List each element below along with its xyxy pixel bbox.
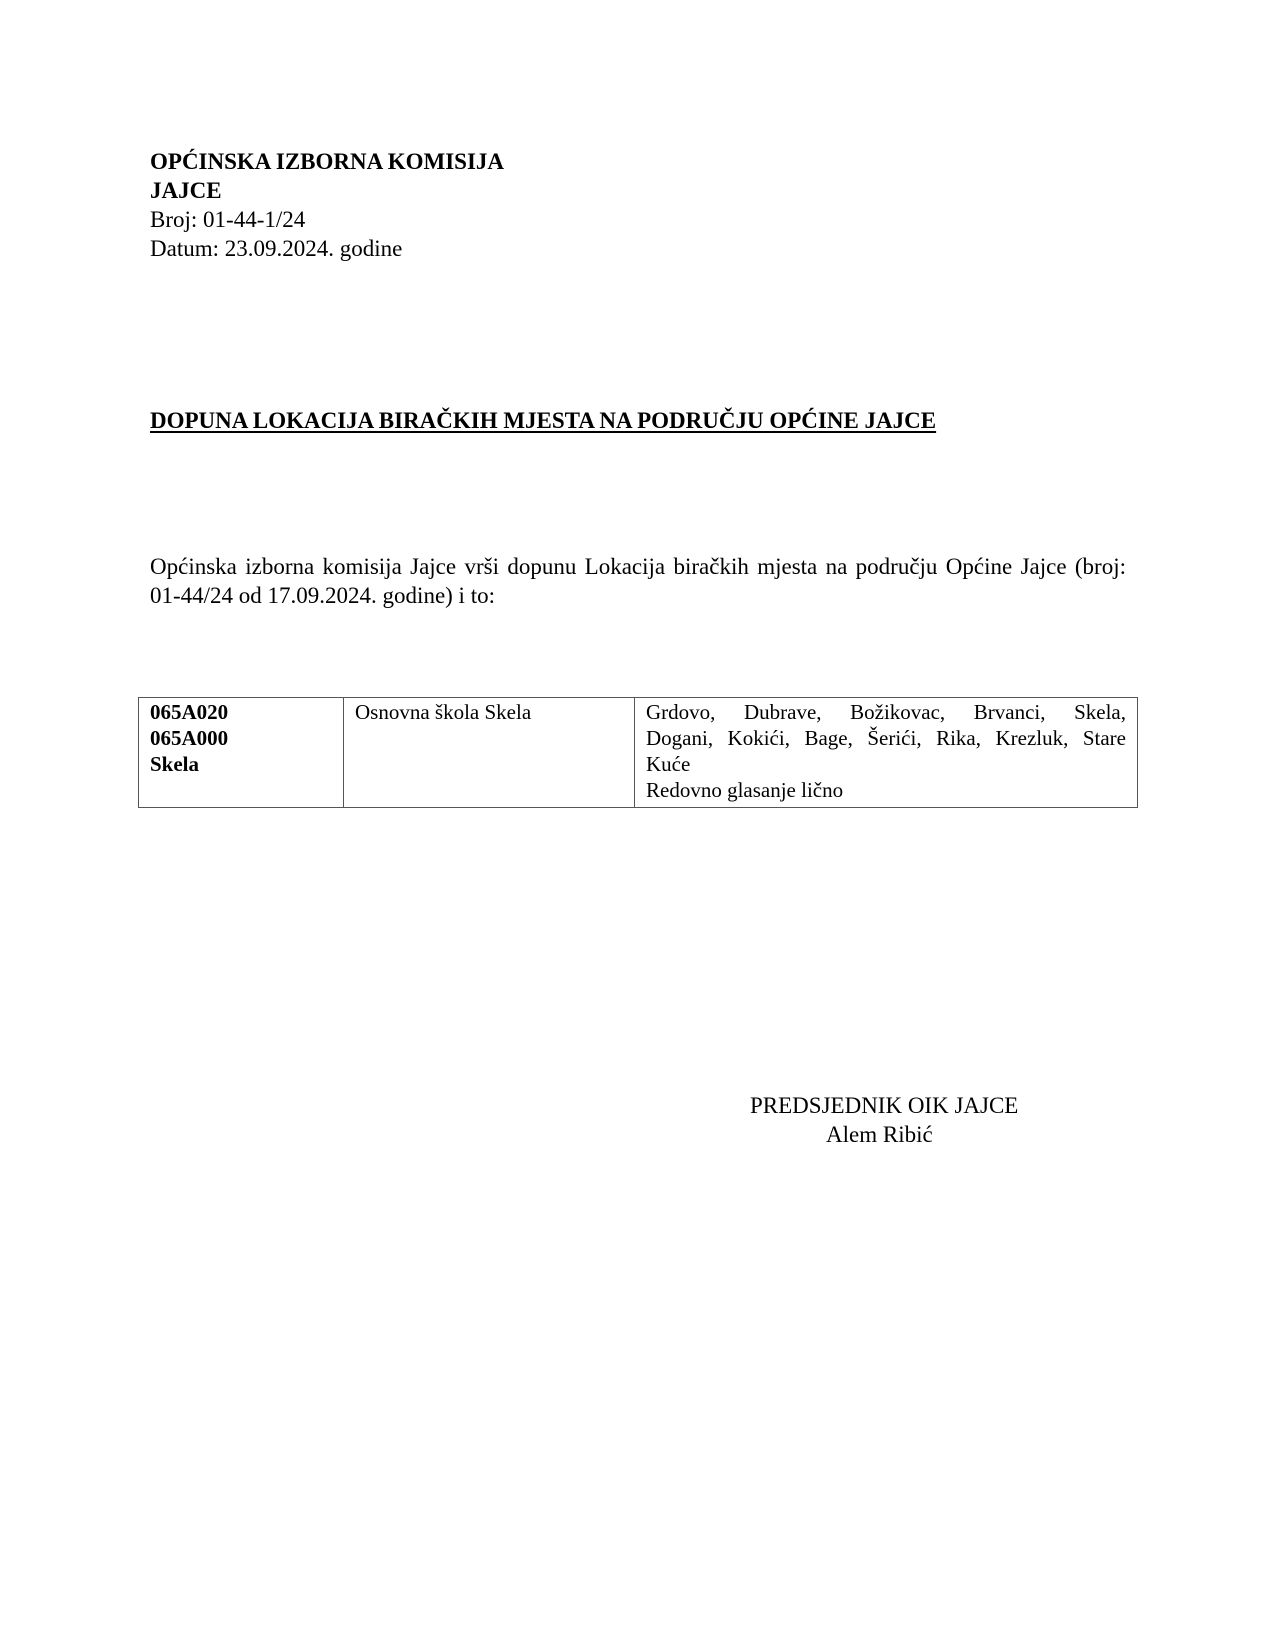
organization-name: OPĆINSKA IZBORNA KOMISIJA xyxy=(150,147,504,176)
organization-city: JAJCE xyxy=(150,176,504,205)
document-number: Broj: 01-44-1/24 xyxy=(150,205,504,234)
polling-station-code: 065A000 xyxy=(150,725,332,751)
document-date: Datum: 23.09.2024. godine xyxy=(150,234,504,263)
villages-cell: Grdovo, Dubrave, Božikovac, Brvanci, Ske… xyxy=(635,698,1138,808)
document-title: DOPUNA LOKACIJA BIRAČKIH MJESTA NA PODRU… xyxy=(150,408,936,434)
table-row: 065A020 065A000 Skela Osnovna škola Skel… xyxy=(139,698,1138,808)
location-name: Osnovna škola Skela xyxy=(355,700,531,724)
villages-line: Dogani, Kokići, Bage, Šerići, Rika, Krez… xyxy=(646,725,1126,751)
location-cell: Osnovna škola Skela xyxy=(344,698,635,808)
polling-station-code: 065A020 xyxy=(150,699,332,725)
polling-station-code-cell: 065A020 065A000 Skela xyxy=(139,698,344,808)
signature-block: PREDSJEDNIK OIK JAJCE Alem Ribić xyxy=(750,1091,1018,1149)
signature-name: Alem Ribić xyxy=(750,1120,1018,1149)
signature-role: PREDSJEDNIK OIK JAJCE xyxy=(750,1091,1018,1120)
polling-station-name: Skela xyxy=(150,751,332,777)
polling-stations-table: 065A020 065A000 Skela Osnovna škola Skel… xyxy=(138,697,1138,808)
document-header: OPĆINSKA IZBORNA KOMISIJA JAJCE Broj: 01… xyxy=(150,147,504,263)
voting-type: Redovno glasanje lično xyxy=(646,777,1126,803)
villages-line: Kuće xyxy=(646,751,1126,777)
villages-line: Grdovo, Dubrave, Božikovac, Brvanci, Ske… xyxy=(646,699,1126,725)
intro-paragraph: Općinska izborna komisija Jajce vrši dop… xyxy=(150,552,1126,610)
